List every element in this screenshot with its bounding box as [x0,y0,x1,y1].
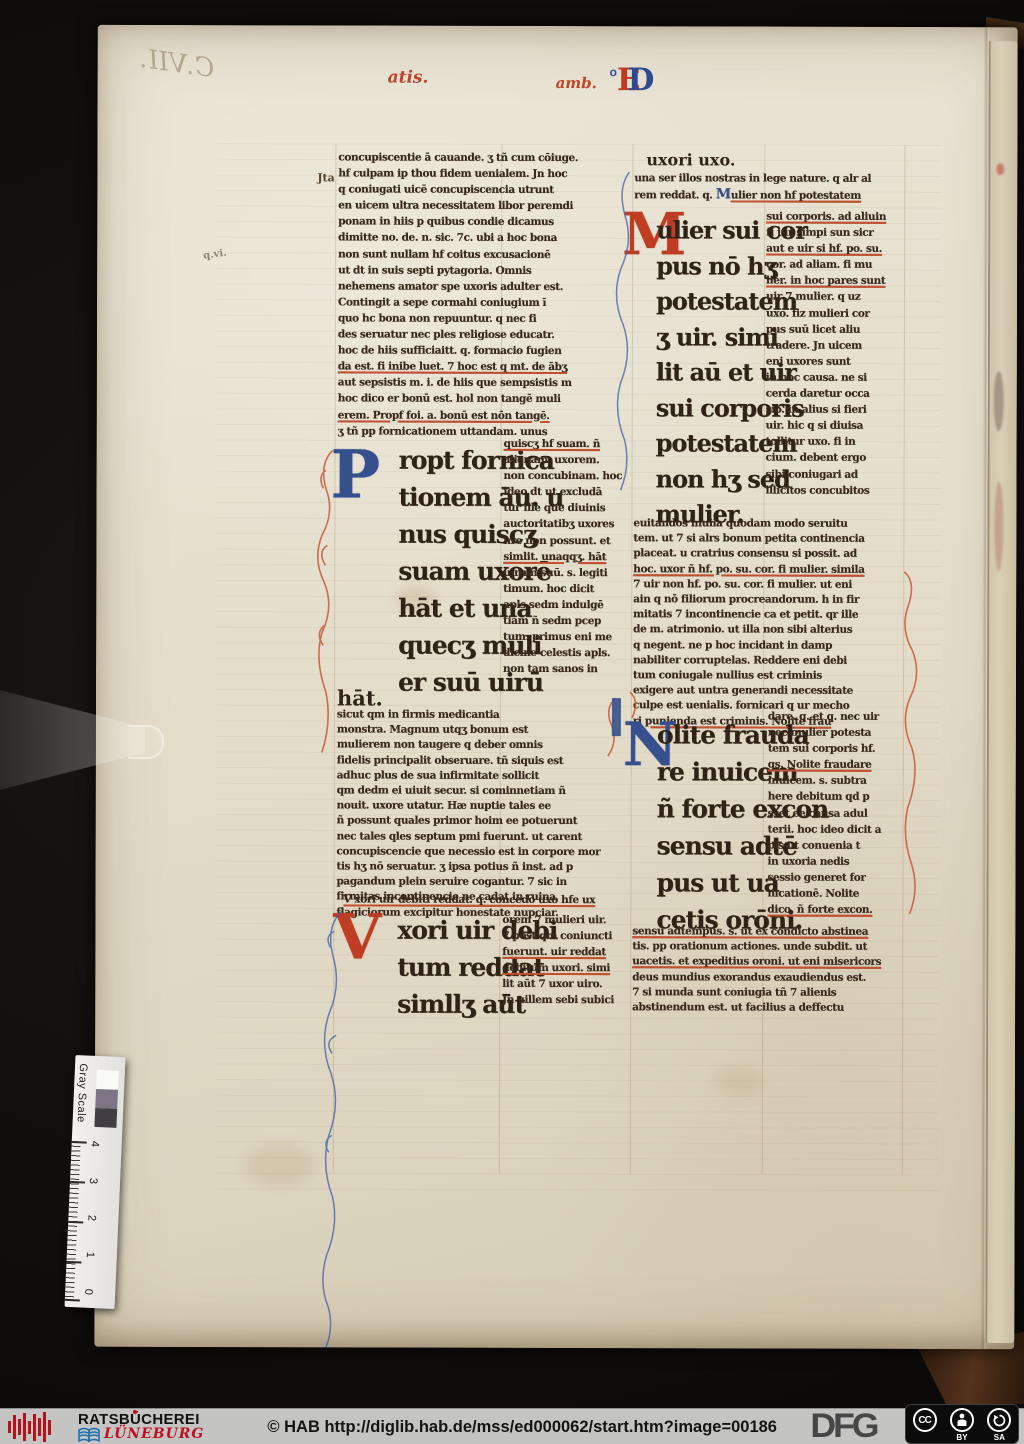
text-line: en uicem ultra necessitatem libor peremd… [338,198,636,215]
text-line: fidelis principalit obseruare. tñ siquis… [337,753,639,769]
right-catchline: uxori uxo. [646,150,735,169]
cc-sa-icon: SA [984,1408,1014,1442]
text-line: dimitte no. de. n. sic. 7c. ubi a hoc bo… [338,230,636,247]
text-line: hoc dico er bonū est. hol non tangē muli [338,391,636,408]
right-gloss-merged-n: sensu adtempus. s. ut ex condicto abstin… [632,924,914,1016]
text-line: nec mulier potesta [768,725,908,741]
text-line: alienam. uxorem. [504,452,636,468]
text-line: dicine celestis apls. [503,645,635,661]
gray-patch-white [96,1070,119,1090]
folio-number-showthrough: C.VII. [138,44,216,84]
text-line: here debitum qd p [768,789,908,805]
scan-footer-bar: RATSBÜCHEREI LÜNEBURG © HAB http://digli… [0,1408,1024,1444]
text-line: sessio generet for [767,869,907,885]
text-line: hoc de hiis sufficiaitt. q. formacio fug… [338,343,636,360]
text-line: hre non possunt. et [503,532,635,548]
text-line: des seruatur nec ples religiose educatr. [338,326,636,343]
text-line: sibi coniugari ad [766,466,906,482]
text-line: abstinendum est. ut facilius a deffectu [632,1000,914,1016]
text-line: pagandum plein seruire cogantur. 7 sic i… [336,875,638,891]
right-gloss-merged-m: euitandos inuiia quodam modo seruitutem.… [633,516,908,730]
text-line: ain q nō filiorum procreandorum. h in fi… [633,592,907,608]
text-line: 0 [82,1286,95,1299]
text-line: de m. atrimonio. ut illa non sibi alteri… [633,623,907,639]
cc-license-badge: CC BY SA [905,1404,1019,1444]
text-line: lit aūt 7 uxor uiro. [502,976,638,992]
text-line: cium. debent ergo [766,450,906,466]
text-line: lier. in hoc pares sunt [766,273,906,289]
right-topline1-text: una ser illos nostras in lege nature. q … [634,170,1006,187]
text-line: in hoc causa. ne si [766,369,906,385]
initial-V: V [333,909,381,965]
text-line: erem. Propf foi. a. bonū est nōn tangē. [338,407,636,424]
text-line: dico. ñ forte excon. [767,902,907,918]
text-line: aut e uir si hf. po. su. [766,241,906,257]
gray-patch-dark [94,1108,117,1128]
text-line: q negent. ne p hoc incidant in damp [633,638,907,654]
text-line: tis. pp orationum actiones. unde subdit.… [632,939,914,955]
umlaut-red-dot [133,1410,137,1414]
text-line: mulierem non taugere q deber omnis [337,738,639,754]
text-line: qs. Nolite fraudare [768,757,908,773]
text-line: Jn uillem sebi subici [502,992,638,1008]
dfg-logo: DFG [810,1407,876,1444]
text-line: sicut qm in firmis medicantia [337,707,639,723]
text-line: quiscʒ hf suam. ñ [504,436,636,452]
text-line: uir 7 mulier. q uz [766,289,906,305]
text-line: 3 [87,1175,100,1188]
text-line: da est. fi inibe luet. 7 hoc est q mt. d… [338,359,636,376]
parchment-stain [715,1066,765,1096]
text-line: tum. primus eni me [503,629,635,645]
running-header-mid: amb. [556,74,597,92]
text-line: non tam sanos in [503,661,635,677]
gray-patch-mid [95,1089,118,1109]
left-gloss-top: concupiscentie ā cauande. ʒ tñ cum cōiug… [338,149,637,439]
text-line: qm dedm ei uiuit secur. si cominnetiam ñ [337,783,639,799]
text-line: sensu adtempus. s. ut ex condicto abstin… [632,924,914,940]
text-line: pus suū licet aliu [766,321,906,337]
library-bars-logo [8,1412,51,1442]
text-line: sset ee causa adul [768,805,908,821]
text-line: Contingit a sepe cormahi coniugium ī [338,294,636,311]
text-line: apls sedm indulgē [503,597,635,613]
text-line: monstra. Magnum utqʒ bonum est [337,723,639,739]
text-line: placeat. u cratrius consensu si possit. … [633,547,907,563]
text-line: uxo. fiz mulieri cor [766,305,906,321]
text-line: tem sui corporis hf. [768,741,908,757]
text-line: 2 [85,1212,98,1225]
text-line: 4 [88,1138,101,1151]
text-line: 7 uir non hf. po. su. cor. fi mulier. ut… [633,577,907,593]
text-line: illicitos concubitos [765,482,905,498]
left-gloss-beside-p: quiscʒ hf suam. ñalienam. uxorem.non con… [503,436,636,678]
text-line: uacetis. et expeditius oroni. ut eni mis… [632,955,914,971]
left-gloss-merged-lines: sicut qm in firmis medicantiamonstra. Ma… [336,707,639,921]
text-line: tollitur uxo. fi in [766,434,906,450]
text-line: deus mundius exorandus exaudiendus est. [632,970,914,986]
cc-logo: CC [910,1408,940,1442]
running-header-monogram: oED [610,62,655,98]
adjacent-leaf-decor-mark [994,481,1003,571]
text-line: tis hʒ nō seruatur. ʒ ipsa potius ñ inst… [337,859,639,875]
parchment-stain [245,1145,315,1185]
right-gloss-beside-m: sui corporis. ad aliuinfi uir simpi sun … [765,209,906,499]
v-lead-text: V xori uir debiti reddat. q. concedo uxo… [343,891,633,908]
text-line: nicationē. Nolite [767,886,907,902]
text-line: mitatis 7 incontinencie ca et petit. qr … [633,607,907,623]
text-line: terii. hoc ideo dicit a [768,821,908,837]
adjacent-leaf-text-mark [994,371,1004,431]
text-line: tiam ñ sedm pcep [503,613,635,629]
text-line: timum. hoc dicit [503,581,635,597]
text-line: concupiscentie ā cauande. ʒ tñ cum cōiug… [338,149,636,166]
text-line: ut dt in suis septi pytagoria. Omnis [338,262,636,279]
text-line: q coniugati uicē concupiscencia utrunt [338,182,636,199]
text-line: adhuc plus de sua infirmitate sollicit [337,768,639,784]
text-line: sui corporis. ad aliuin [766,209,906,225]
text-line: dare. q. et q. nec uir [768,709,908,725]
adjacent-leaf-edge [985,41,1017,1343]
right-gloss-topline2: rem reddat. q. Mulier non hf potestatem [634,186,1006,204]
text-line: sio. in alius si fieri [766,402,906,418]
left-gloss-beside-v: orem 7 mulieri uir.7 post qm coniunctifu… [502,912,638,1009]
initial-P: P [330,445,380,505]
text-line: 7 si munda sunt coniugia tñ 7 alienis [632,985,914,1001]
margin-note-nota: Jta [317,171,334,184]
text-line: eni uxores sunt [766,353,906,369]
text-line: ponam in hiis p quibus condie dicamus [338,214,636,231]
text-line: exigere aut untra generandi necessitate [633,683,907,699]
text-line: ñ possunt quales primor hoim ee potuerun… [337,814,639,830]
text-line: tem. ut 7 si alrs bonum petita continenc… [633,531,907,547]
text-line: in uxoria nedis [768,853,908,869]
text-line: nehemens amator spe uxoris adulter est. [338,278,636,295]
text-line: debitum uxori. simi [502,960,638,976]
text-line: non sunt nullam hf coitus excusacionē [338,246,636,263]
cc-by-icon: BY [947,1408,977,1442]
scan-stage: C.VII. atis. amb. oED Jta q.vi. concupis… [0,0,1024,1444]
text-line: euitandos inuiia quodam modo seruitu [633,516,907,532]
text-line: concupiscencie que necessio est in corpo… [337,844,639,860]
text-line: uir. hic q si diuisa [766,418,906,434]
manuscript-page: C.VII. atis. amb. oED Jta q.vi. concupis… [94,25,1017,1349]
text-line: ideo dt ut excludā [503,484,635,500]
right-gloss-beside-n: dare. q. et q. nec uirnec mulier potesta… [767,709,908,919]
copyright-url: © HAB http://diglib.hab.de/mss/ed000062/… [267,1418,777,1437]
text-line: aut sepsistis m. i. de hiis que sempsist… [338,375,636,392]
text-line: tradere. Jn uicem [766,337,906,353]
text-line: hoc. uxor ñ hf. po. su. cor. fi mulier. … [633,562,907,578]
text-line: 7 post qm coniuncti [502,928,638,944]
library-city: LÜNEBURG [104,1426,204,1442]
cc-sa-label: SA [994,1433,1005,1442]
text-line: nouit. uxore utatur. Hæ nuptie tales ee [337,799,639,815]
text-line: hf culpam ip thou fidem uenialem. Jn hoc [338,166,636,183]
text-line: simlit. unaqqʒ. hāt [503,549,635,565]
inline-initial-M: M [716,186,731,202]
text-line: tum coniugale nullius est criminis [633,668,907,684]
cc-by-label: BY [956,1433,967,1442]
v-lead-line: V xori uir debiti reddat. q. concedo uxo… [343,891,633,908]
ruler-major-tick [65,1299,80,1302]
text-line: cerda daretur occa [766,386,906,402]
running-header-left: atis. [388,68,429,88]
text-line: cor. ad aliam. fi mu [766,257,906,273]
text-line: fi uir simpi sun sicr [766,225,906,241]
open-book-icon [78,1426,100,1443]
text-line: orem 7 mulieri uir. [502,912,638,928]
right-gloss-topline1: una ser illos nostras in lege nature. q … [634,170,1006,187]
text-line: non concubinam. hoc [504,468,636,484]
text-line: nabiliter corruptelas. Reddere eni debi [633,653,907,669]
topline2-rest: ulier non hf potestatem [731,189,861,201]
text-line: nec tales qles septum pmi fuerunt. ut ca… [337,829,639,845]
text-line: quo hc bona non repuuntur. q nec fi [338,310,636,327]
text-line: pls ut conuenia t [768,837,908,853]
text-line: inuicem. s. subtra [768,773,908,789]
text-line: uirum suū. s. legiti [503,565,635,581]
monogram-blue-letter: D [628,62,655,98]
text-line: 1 [84,1249,97,1262]
text-line: tur ille que diuinis [503,500,635,516]
text-line: auctoritatibʒ uxores [503,516,635,532]
text-line: fuerunt. uir reddat [502,944,638,960]
